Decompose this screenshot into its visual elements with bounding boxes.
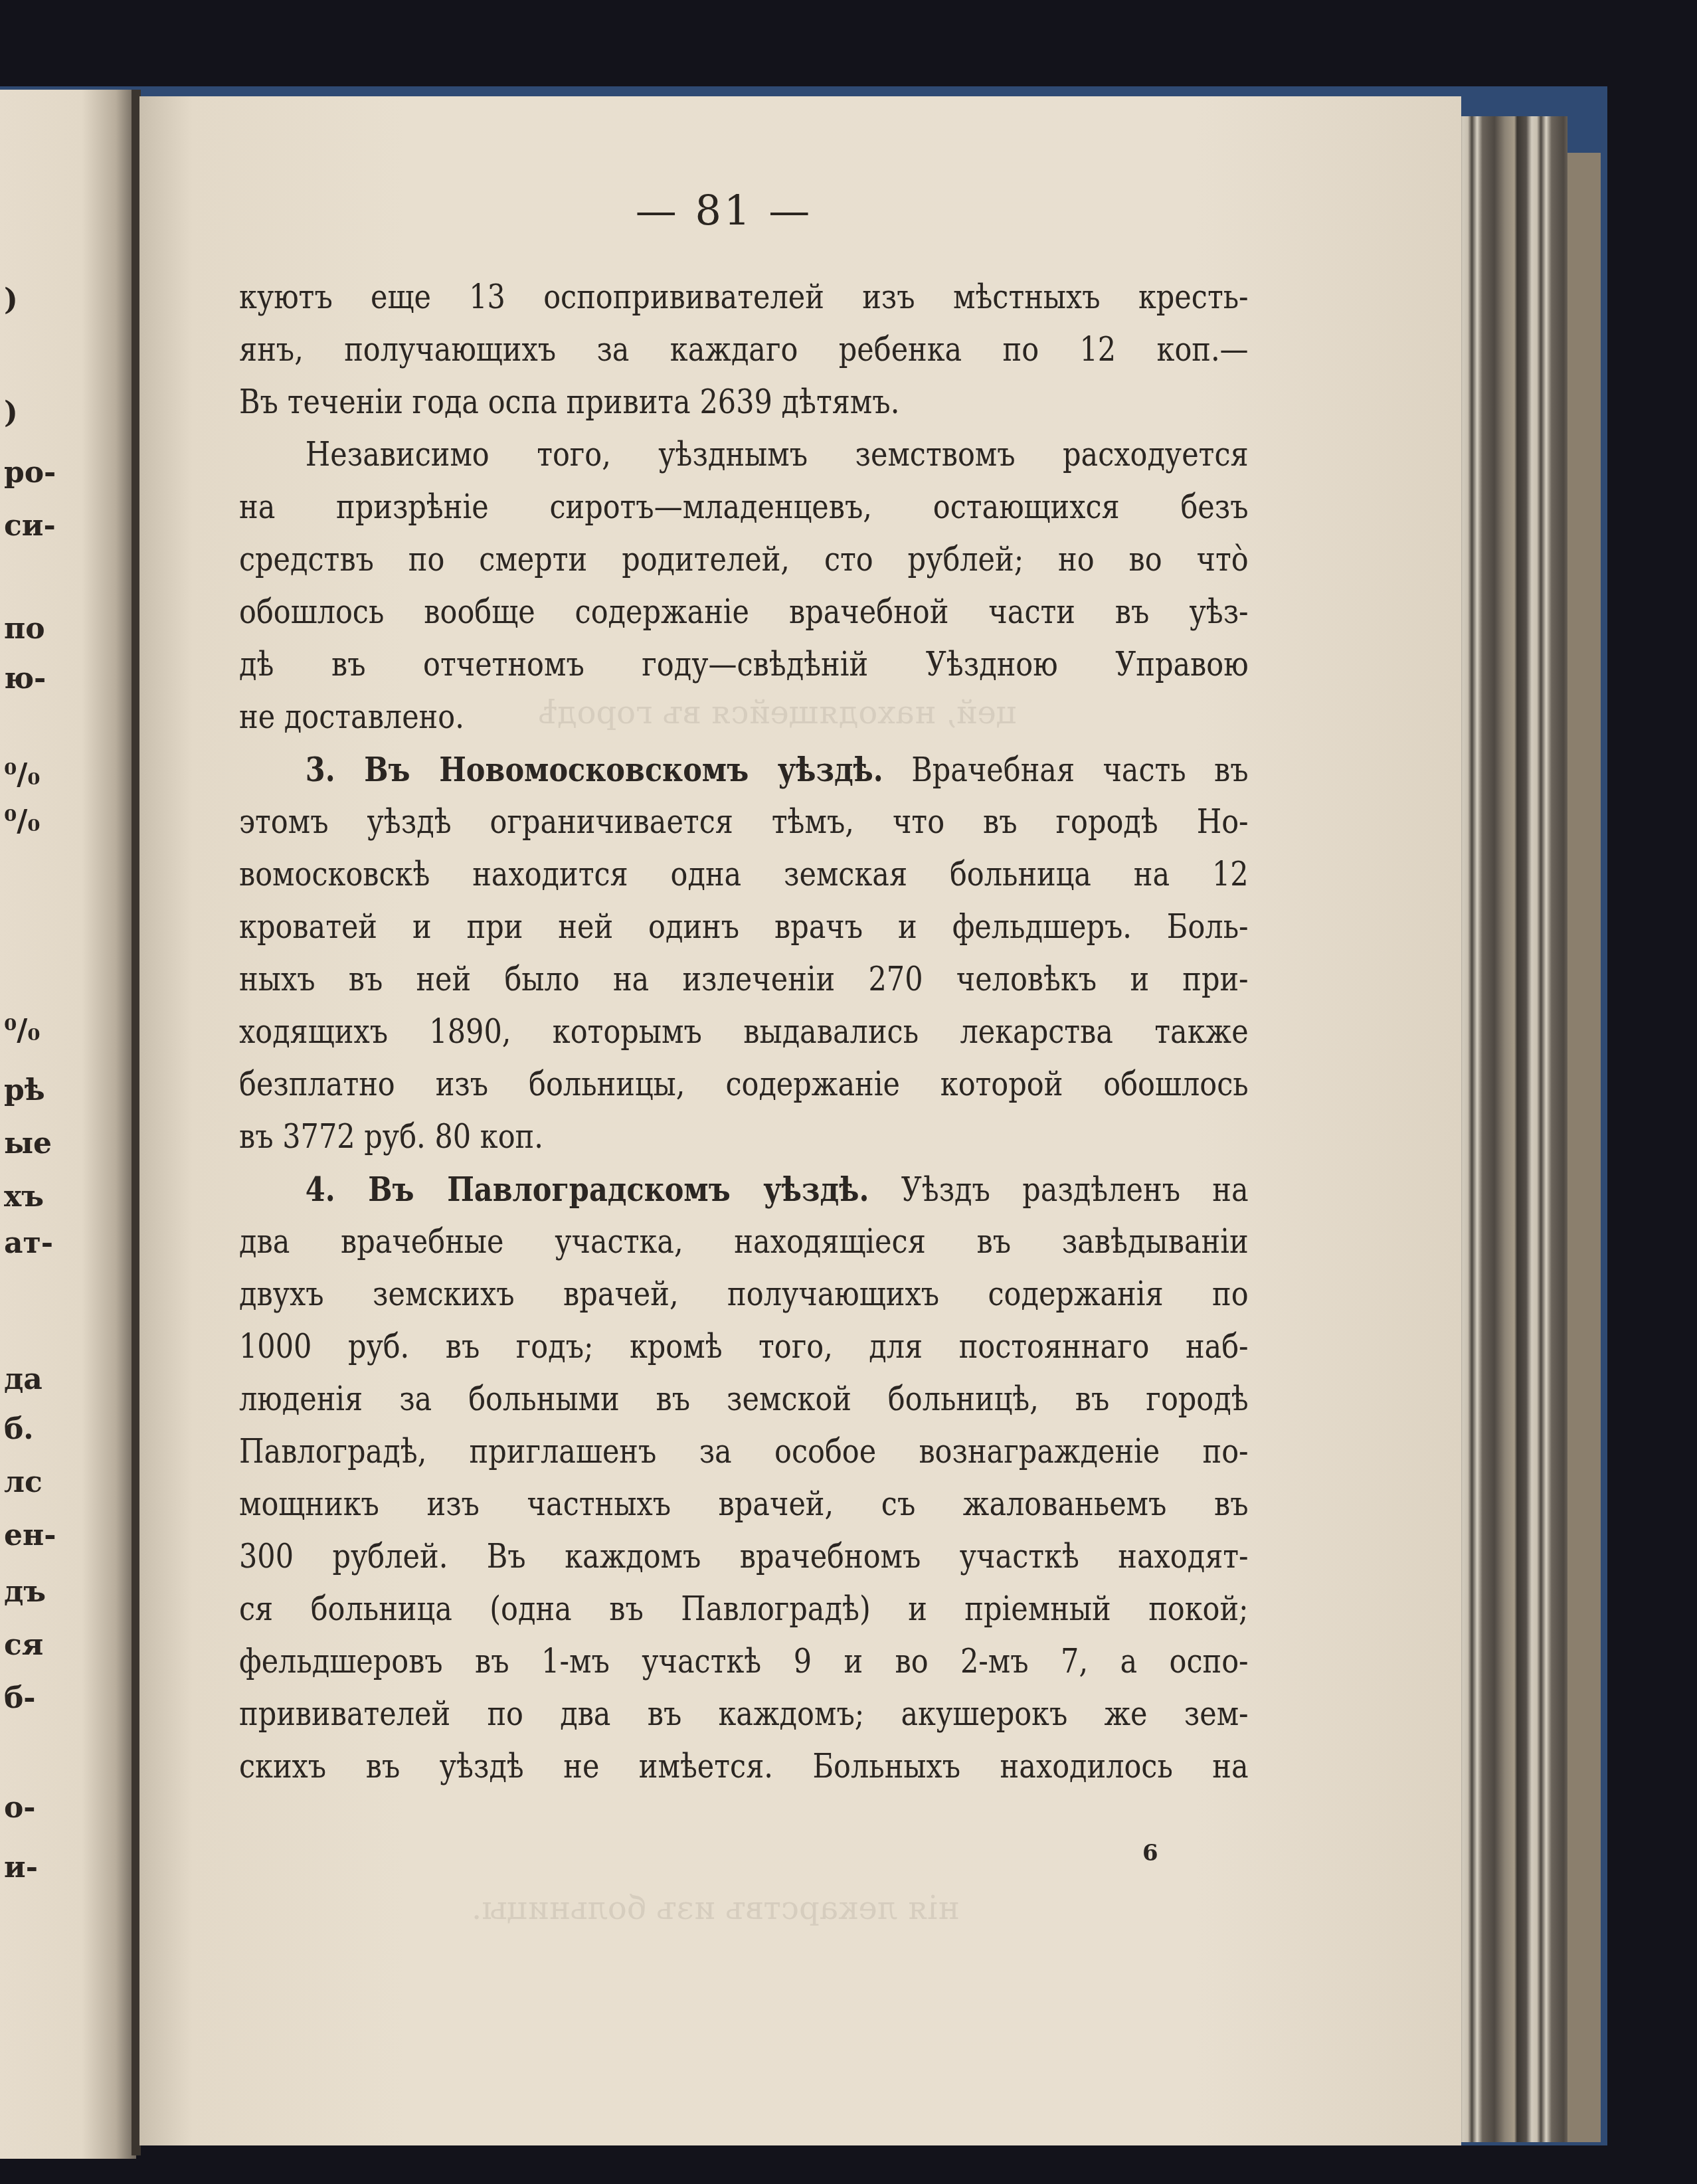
- text-line: фельдшеровъ въ 1-мъ участкѣ 9 и во 2-мъ …: [239, 1635, 1249, 1688]
- text-line: обошлось вообще содержаніе врачебной час…: [239, 586, 1249, 638]
- left-page-fragment: ⁰/₀: [4, 761, 41, 790]
- text-line: Независимо того, уѣзднымъ земствомъ расх…: [239, 428, 1249, 481]
- book-scan: ))ро-си-пою-⁰/₀⁰/₀⁰/₀рѣыехъат-даб.лсен-д…: [0, 0, 1697, 2184]
- body-text: куютъ еще 13 оспопрививателей изъ мѣстны…: [239, 271, 1249, 1793]
- left-page-fragment: и-: [4, 1853, 38, 1882]
- left-page-fragment: дъ: [4, 1578, 46, 1607]
- left-page-fragment: ся: [4, 1631, 43, 1660]
- text-line: 3. Въ Новомосковскомъ уѣздѣ. Врачебная ч…: [239, 743, 1249, 796]
- text-line: Въ теченіи года оспа привита 2639 дѣтямъ…: [239, 376, 1249, 428]
- left-page-fragment: ): [4, 286, 18, 315]
- left-page-fragment: ат-: [4, 1229, 53, 1258]
- text-line: скихъ въ уѣздѣ не имѣется. Больныхъ нахо…: [239, 1740, 1249, 1793]
- text-line: средствъ по смерти родителей, сто рублей…: [239, 533, 1249, 586]
- line-text: Врачебная часть въ: [883, 751, 1249, 789]
- show-through-text: нія лекарствъ изъ больницы.: [472, 1890, 959, 1927]
- signature-mark: 6: [1142, 1840, 1158, 1866]
- text-line: два врачебные участка, находящіеся въ за…: [239, 1216, 1249, 1268]
- text-line: не доставлено.: [239, 691, 1249, 743]
- text-line: двухъ земскихъ врачей, получающихъ содер…: [239, 1268, 1249, 1320]
- section-heading: 4. Въ Павлоградскомъ уѣздѣ.: [306, 1170, 869, 1209]
- left-page-fragment: ро-: [4, 458, 56, 488]
- left-page-fragment: рѣ: [4, 1076, 45, 1105]
- text-line: 4. Въ Павлоградскомъ уѣздѣ. Уѣздъ раздѣл…: [239, 1163, 1249, 1216]
- left-page-fragment: б-: [4, 1684, 36, 1713]
- page-number: — 81 —: [0, 186, 1328, 234]
- left-page-fragment: ые: [4, 1129, 52, 1158]
- text-line: 1000 руб. въ годъ; кромѣ того, для посто…: [239, 1320, 1249, 1373]
- left-page-fragment: по: [4, 614, 45, 644]
- text-line: люденія за больными въ земской больницѣ,…: [239, 1373, 1249, 1425]
- text-line: безплатно изъ больницы, содержаніе котор…: [239, 1058, 1249, 1111]
- text-line: въ 3772 руб. 80 коп.: [239, 1111, 1249, 1163]
- left-page-fragment: да: [4, 1365, 43, 1394]
- text-line: вомосковскѣ находится одна земская больн…: [239, 848, 1249, 901]
- left-page-fragment: ю-: [4, 664, 46, 693]
- text-line: 300 рублей. Въ каждомъ врачебномъ участк…: [239, 1530, 1249, 1583]
- left-page-fragment: ен-: [4, 1521, 56, 1550]
- left-page-fragment: лс: [4, 1468, 43, 1497]
- text-line: ныхъ въ ней было на излеченіи 270 человѣ…: [239, 953, 1249, 1006]
- left-page-fragment: ): [4, 399, 18, 428]
- text-line: ходящихъ 1890, которымъ выдавались лекар…: [239, 1006, 1249, 1058]
- text-line: дѣ въ отчетномъ году—свѣдѣній Уѣздною Уп…: [239, 638, 1249, 691]
- left-page-fragment: хъ: [4, 1182, 44, 1212]
- text-line: на призрѣніе сиротъ—младенцевъ, остающих…: [239, 481, 1249, 533]
- line-text: Уѣздъ раздѣленъ на: [869, 1170, 1248, 1209]
- text-line: прививателей по два въ каждомъ; акушерок…: [239, 1688, 1249, 1740]
- text-line: кроватей и при ней одинъ врачъ и фельдше…: [239, 901, 1249, 953]
- left-page: ))ро-си-пою-⁰/₀⁰/₀⁰/₀рѣыехъат-даб.лсен-д…: [0, 90, 136, 2159]
- left-page-fragment: ⁰/₀: [4, 807, 41, 836]
- text-line: Павлоградѣ, приглашенъ за особое вознагр…: [239, 1425, 1249, 1478]
- left-page-fragment: о-: [4, 1793, 36, 1823]
- text-line: мощникъ изъ частныхъ врачей, съ жаловань…: [239, 1478, 1249, 1530]
- left-page-fragment: си-: [4, 511, 56, 541]
- text-line: куютъ еще 13 оспопрививателей изъ мѣстны…: [239, 271, 1249, 323]
- text-line: янъ, получающихъ за каждаго ребенка по 1…: [239, 323, 1249, 376]
- text-line: этомъ уѣздѣ ограничивается тѣмъ, что въ …: [239, 796, 1249, 848]
- left-page-fragment: б.: [4, 1415, 34, 1444]
- left-page-fragment: ⁰/₀: [4, 1016, 41, 1046]
- text-line: ся больница (одна въ Павлоградѣ) и пріем…: [239, 1583, 1249, 1635]
- section-heading: 3. Въ Новомосковскомъ уѣздѣ.: [306, 750, 883, 789]
- page-block: [1448, 116, 1567, 2142]
